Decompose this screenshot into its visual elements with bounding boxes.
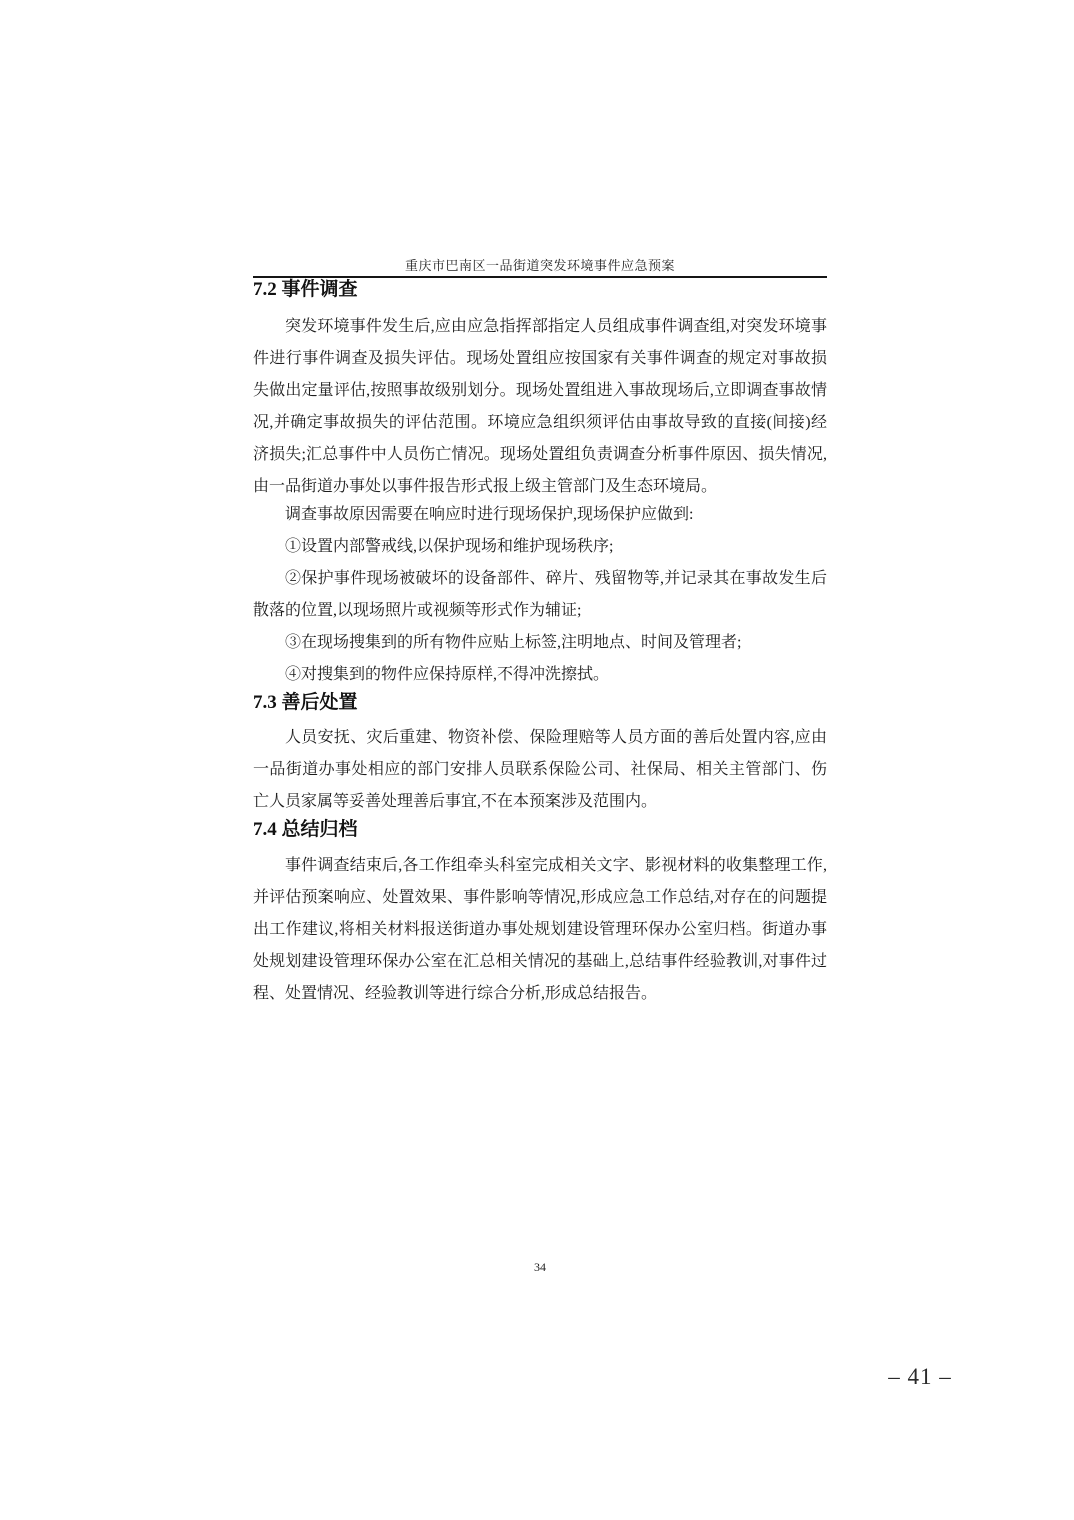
section-heading-7-4: 7.4 总结归档 [253,818,827,842]
section-7-2-paragraph-1: 突发环境事件发生后,应由应急指挥部指定人员组成事件调查组,对突发环境事件进行事件… [253,311,827,503]
section-7-2-list-item-2: ②保护事件现场被破坏的设备部件、碎片、残留物等,并记录其在事故发生后散落的位置,… [253,563,827,627]
section-heading-7-3: 7.3 善后处置 [253,691,827,715]
section-7-2-paragraph-2: 调查事故原因需要在响应时进行现场保护,现场保护应做到: [253,499,827,531]
document-page-number: 34 [253,1258,827,1276]
section-7-2-list-item-1: ①设置内部警戒线,以保护现场和维护现场秩序; [253,531,827,563]
document-page: 重庆市巴南区一品街道突发环境事件应急预案 7.2 事件调查 突发环境事件发生后,… [0,0,1074,1520]
document-content: 重庆市巴南区一品街道突发环境事件应急预案 7.2 事件调查 突发环境事件发生后,… [253,256,827,1010]
outer-page-number: – 41 – [878,1363,962,1391]
header-title: 重庆市巴南区一品街道突发环境事件应急预案 [253,256,827,276]
section-7-3-paragraph-1: 人员安抚、灾后重建、物资补偿、保险理赔等人员方面的善后处置内容,应由一品街道办事… [253,722,827,818]
section-7-2-list-item-4: ④对搜集到的物件应保持原样,不得冲洗擦拭。 [253,659,827,691]
section-7-4-paragraph-1: 事件调查结束后,各工作组牵头科室完成相关文字、影视材料的收集整理工作,并评估预案… [253,850,827,1010]
section-7-2-list-item-3: ③在现场搜集到的所有物件应贴上标签,注明地点、时间及管理者; [253,627,827,659]
section-heading-7-2: 7.2 事件调查 [253,278,827,302]
